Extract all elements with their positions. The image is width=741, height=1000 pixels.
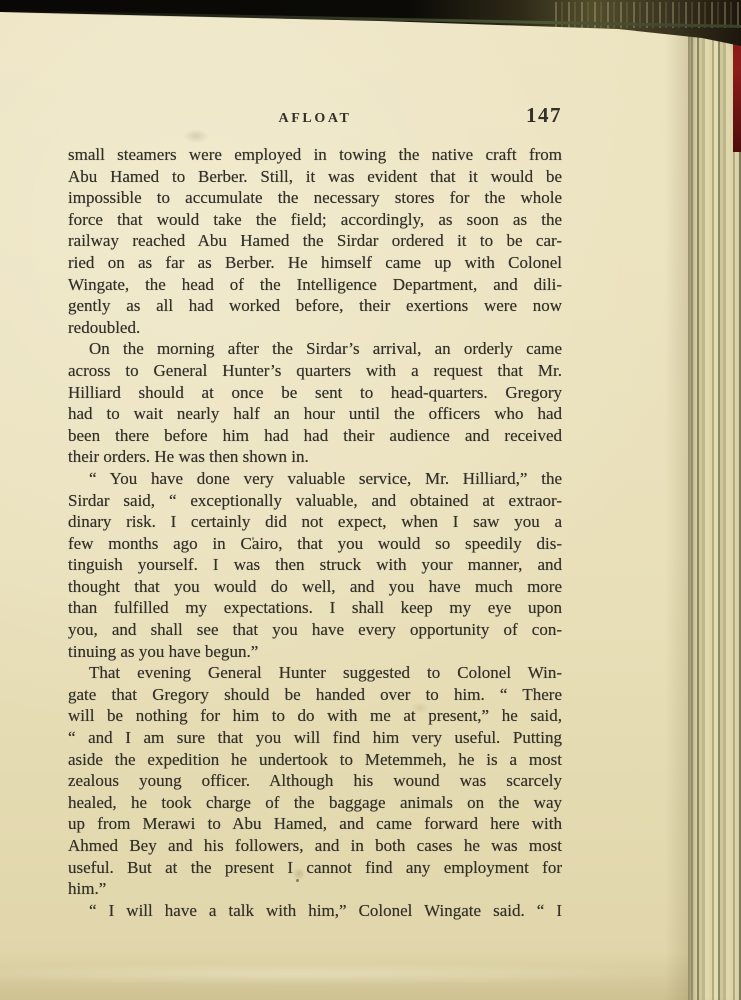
text-line: small steamers were employed in towing t… (68, 144, 562, 166)
text-line: That evening General Hunter suggested to… (68, 662, 562, 684)
text-line: ried on as far as Berber. He himself cam… (68, 252, 562, 274)
text-line: their orders. He was then shown in. (68, 446, 562, 468)
page-number: 147 (526, 103, 562, 128)
text-line: up from Merawi to Abu Hamed, and came fo… (68, 813, 562, 835)
text-line: “ and I am sure that you will find him v… (68, 727, 562, 749)
text-line: than fulfilled my expectations. I shall … (68, 597, 562, 619)
page-header: AFLOAT 147 (68, 108, 562, 134)
text-line: Ahmed Bey and his followers, and in both… (68, 835, 562, 857)
text-line: dinary risk. I certainly did not expect,… (68, 511, 562, 533)
text-line: gently as all had worked before, their e… (68, 295, 562, 317)
scanned-book-photo: AFLOAT 147 small steamers were employed … (0, 0, 741, 1000)
text-line: useful. But at the present I cannot find… (68, 857, 562, 879)
text-line: him.” (68, 878, 562, 900)
text-line: tinuing as you have begun.” (68, 641, 562, 663)
paper-speck (252, 537, 254, 540)
text-line: across to General Hunter’s quarters with… (68, 360, 562, 382)
text-line: redoubled. (68, 317, 562, 339)
text-block: small steamers were employed in towing t… (68, 144, 562, 921)
running-head: AFLOAT (279, 111, 352, 127)
text-line: Hilliard should at once be sent to head-… (68, 382, 562, 404)
text-line: healed, he took charge of the baggage an… (68, 792, 562, 814)
text-line: will be nothing for him to do with me at… (68, 705, 562, 727)
text-line: On the morning after the Sirdar’s arriva… (68, 338, 562, 360)
paper-speck (296, 879, 299, 882)
text-line: “ You have done very valuable service, M… (68, 468, 562, 490)
text-line: been there before him had had their audi… (68, 425, 562, 447)
text-line: few months ago in Cairo, that you would … (68, 533, 562, 555)
text-line: Abu Hamed to Berber. Still, it was evide… (68, 166, 562, 188)
text-line: “ I will have a talk with him,” Colonel … (68, 900, 562, 922)
book-fore-edge-pages (688, 16, 741, 1000)
text-line: tinguish yourself. I was then struck wit… (68, 554, 562, 576)
text-line: aside the expedition he undertook to Met… (68, 749, 562, 771)
text-line: impossible to accumulate the necessary s… (68, 187, 562, 209)
text-line: force that would take the field; accordi… (68, 209, 562, 231)
text-line: Sirdar said, “ exceptionally valuable, a… (68, 490, 562, 512)
text-line: gate that Gregory should be handed over … (68, 684, 562, 706)
text-line: zealous young officer. Although his woun… (68, 770, 562, 792)
text-line: you, and shall see that you have every o… (68, 619, 562, 641)
text-line: had to wait nearly half an hour until th… (68, 403, 562, 425)
text-line: railway reached Abu Hamed the Sirdar ord… (68, 230, 562, 252)
text-line: thought that you would do well, and you … (68, 576, 562, 598)
book-page: AFLOAT 147 small steamers were employed … (0, 8, 700, 1000)
text-line: Wingate, the head of the Intelligence De… (68, 274, 562, 296)
